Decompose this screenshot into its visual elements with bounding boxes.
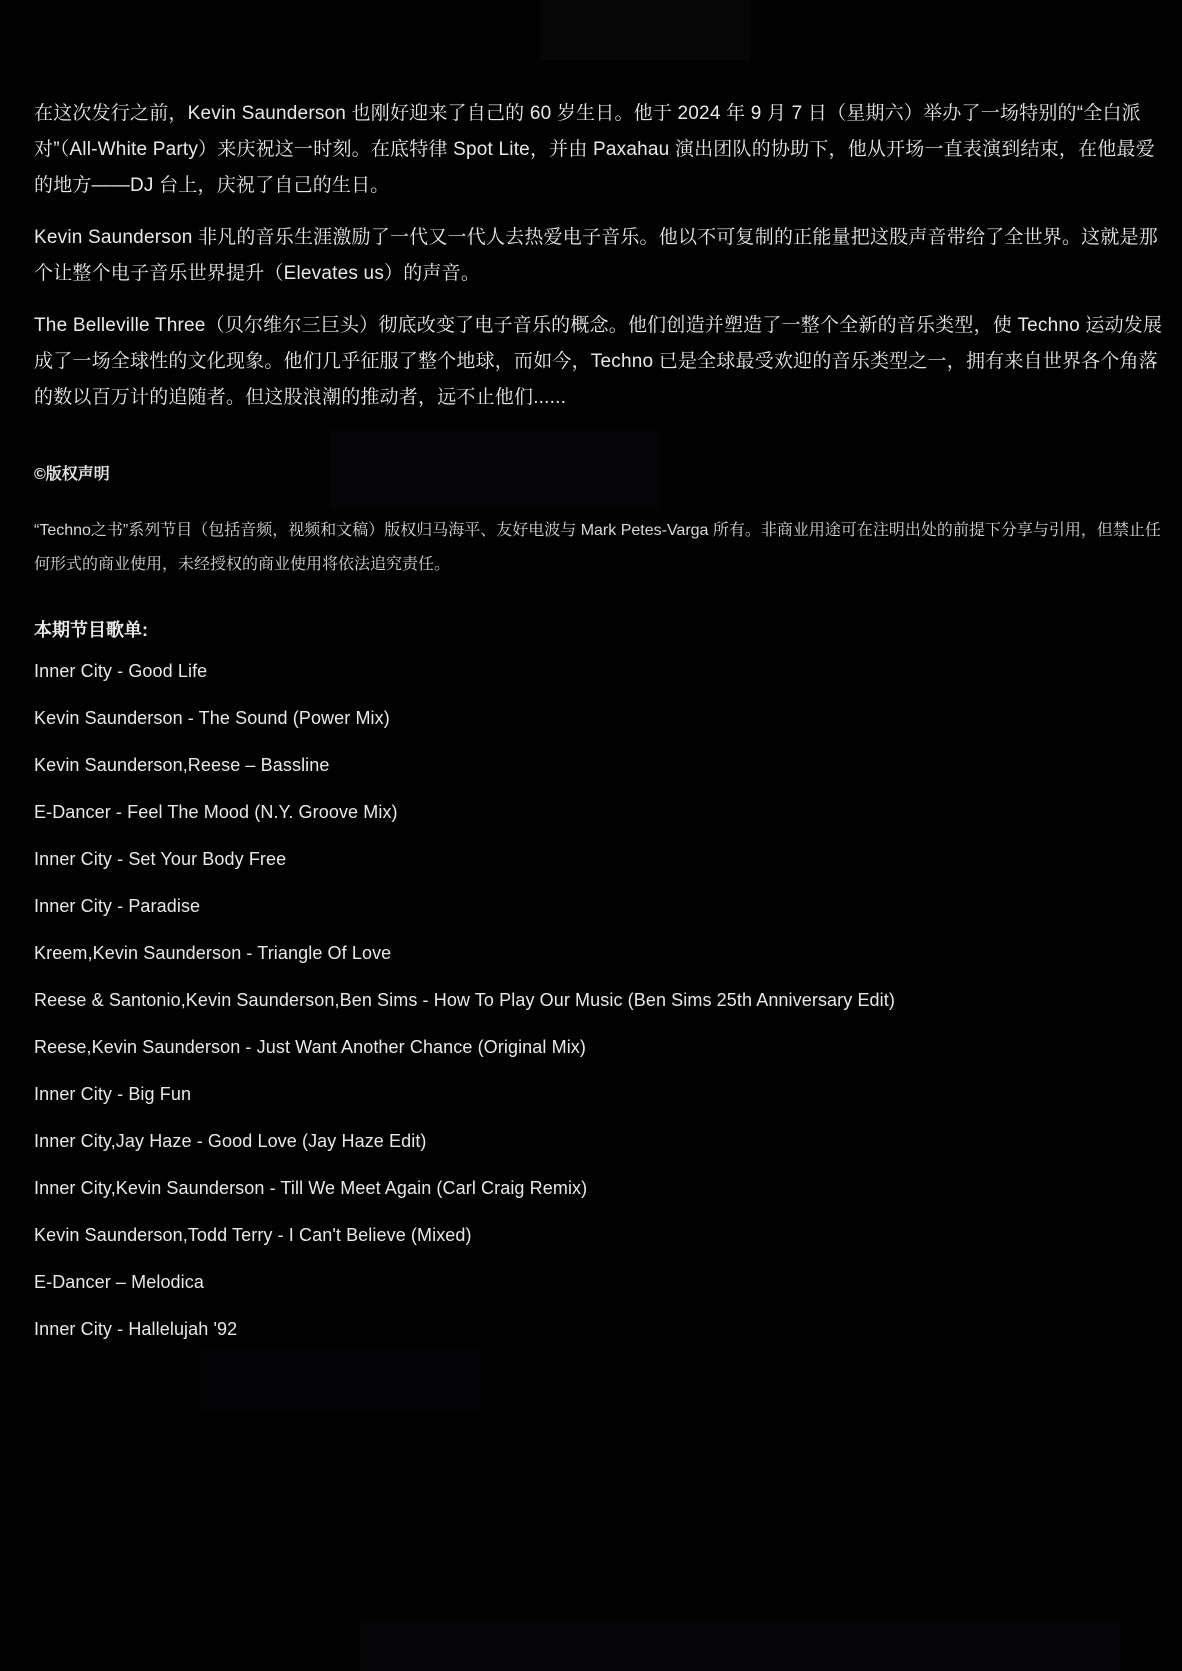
tracklist-item: Inner City,Kevin Saunderson - Till We Me… [34, 1175, 1164, 1201]
tracklist-item: E-Dancer - Feel The Mood (N.Y. Groove Mi… [34, 799, 1164, 825]
tracklist-item: Inner City - Good Life [34, 658, 1164, 684]
tracklist: Inner City - Good Life Kevin Saunderson … [34, 658, 1164, 1342]
tracklist-item: Inner City,Jay Haze - Good Love (Jay Haz… [34, 1128, 1164, 1154]
copyright-text: “Techno之书”系列节目（包括音频，视频和文稿）版权归马海平、友好电波与 M… [34, 514, 1164, 582]
tracklist-item: Inner City - Big Fun [34, 1081, 1164, 1107]
tracklist-item: Inner City - Paradise [34, 893, 1164, 919]
tracklist-item: Kevin Saunderson,Reese – Bassline [34, 752, 1164, 778]
tracklist-item: Reese,Kevin Saunderson - Just Want Anoth… [34, 1034, 1164, 1060]
article: 在这次发行之前，Kevin Saunderson 也刚好迎来了自己的 60 岁生… [0, 0, 1182, 1342]
copyright-section: ©版权声明 “Techno之书”系列节目（包括音频，视频和文稿）版权归马海平、友… [34, 461, 1164, 582]
intro-paragraph-birthday: 在这次发行之前，Kevin Saunderson 也刚好迎来了自己的 60 岁生… [34, 96, 1164, 204]
bottom-shadow-strip [360, 1620, 1120, 1671]
tracklist-item: E-Dancer – Melodica [34, 1269, 1164, 1295]
copyright-heading: ©版权声明 [34, 461, 1164, 484]
tracklist-heading: 本期节目歌单: [34, 616, 1164, 642]
tracklist-item: Reese & Santonio,Kevin Saunderson,Ben Si… [34, 987, 1164, 1013]
tracklist-item: Inner City - Set Your Body Free [34, 846, 1164, 872]
tracklist-section: 本期节目歌单: Inner City - Good Life Kevin Sau… [34, 616, 1164, 1342]
intro-paragraph-career: Kevin Saunderson 非凡的音乐生涯激励了一代又一代人去热爱电子音乐… [34, 220, 1164, 292]
background-artifact [200, 1350, 480, 1410]
tracklist-item: Kevin Saunderson - The Sound (Power Mix) [34, 705, 1164, 731]
tracklist-item: Kreem,Kevin Saunderson - Triangle Of Lov… [34, 940, 1164, 966]
tracklist-item: Inner City - Hallelujah '92 [34, 1316, 1164, 1342]
intro-section: 在这次发行之前，Kevin Saunderson 也刚好迎来了自己的 60 岁生… [34, 96, 1164, 416]
page: 在这次发行之前，Kevin Saunderson 也刚好迎来了自己的 60 岁生… [0, 0, 1182, 1671]
tracklist-item: Kevin Saunderson,Todd Terry - I Can't Be… [34, 1222, 1164, 1248]
intro-paragraph-belleville-three: The Belleville Three（贝尔维尔三巨头）彻底改变了电子音乐的概… [34, 308, 1164, 416]
